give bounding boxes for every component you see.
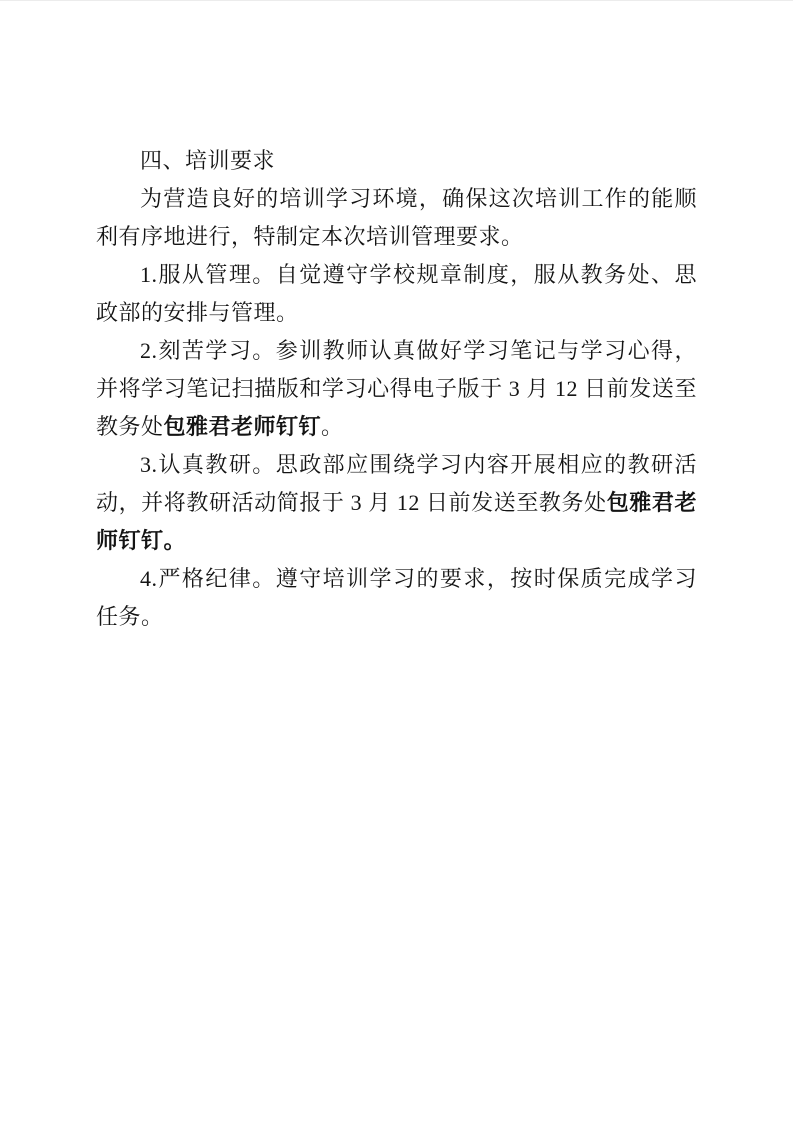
section-heading: 四、培训要求 [96,142,697,180]
requirement-item-4: 4.严格纪律。遵守培训学习的要求，按时保质完成学习任务。 [96,560,697,636]
requirement-item-2: 2.刻苦学习。参训教师认真做好学习笔记与学习心得，并将学习笔记扫描版和学习心得电… [96,332,697,446]
document-page: 四、培训要求 为营造良好的培训学习环境，确保这次培训工作的能顺利有序地进行，特制… [0,1,793,1122]
document-content: 四、培训要求 为营造良好的培训学习环境，确保这次培训工作的能顺利有序地进行，特制… [96,142,697,636]
requirement-item-3: 3.认真教研。思政部应围绕学习内容开展相应的教研活动，并将教研活动简报于 3 月… [96,446,697,560]
requirement-item-2-contact-bold: 包雅君老师钉钉 [164,414,322,439]
intro-paragraph: 为营造良好的培训学习环境，确保这次培训工作的能顺利有序地进行，特制定本次培训管理… [96,180,697,256]
requirement-item-1: 1.服从管理。自觉遵守学校规章制度，服从教务处、思政部的安排与管理。 [96,256,697,332]
requirement-item-2-period: 。 [321,414,344,439]
